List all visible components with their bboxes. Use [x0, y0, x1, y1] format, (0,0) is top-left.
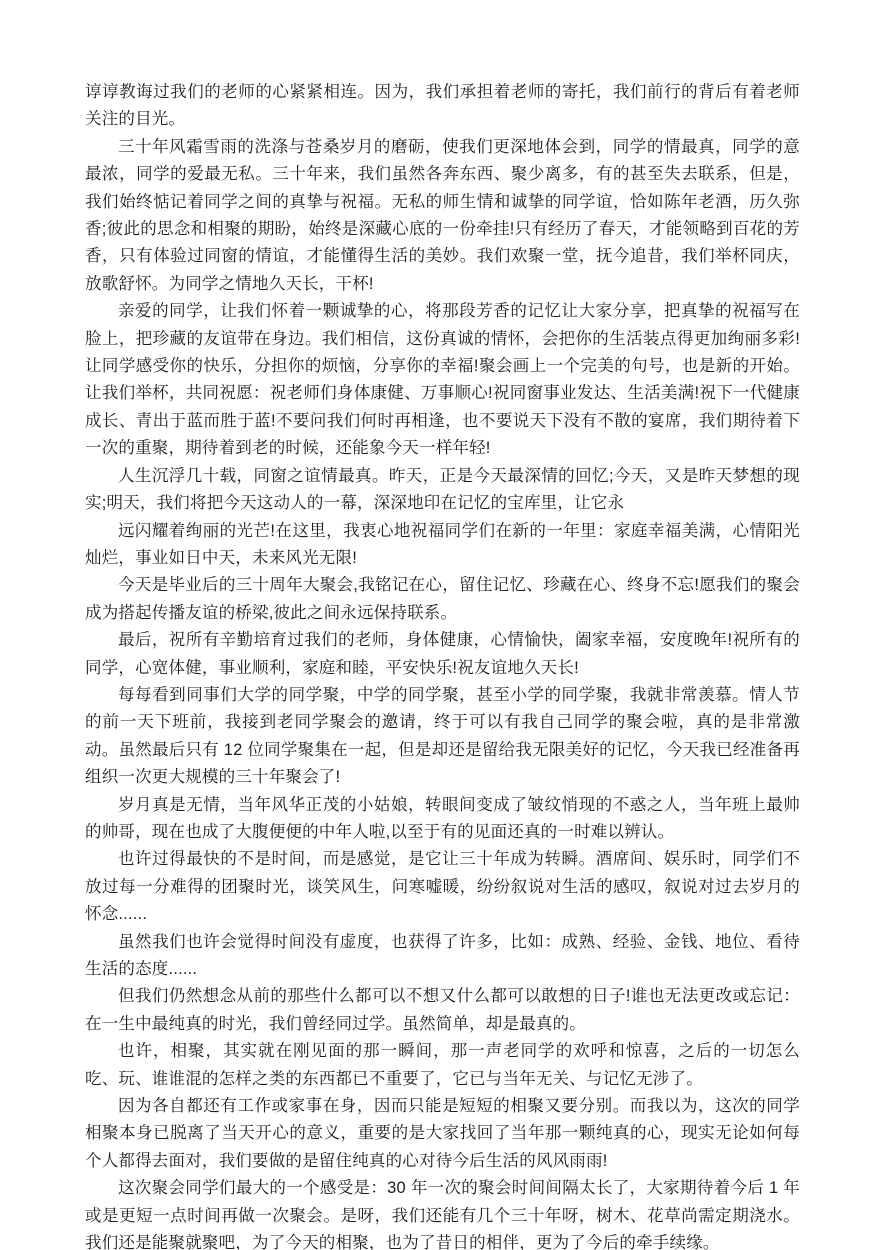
paragraph: 也许，相聚，其实就在刚见面的那一瞬间，那一声老同学的欢呼和惊喜，之后的一切怎么吃…	[85, 1038, 800, 1093]
paragraph: 最后，祝所有辛勤培育过我们的老师，身体健康，心情愉快，阖家幸福，安度晚年!祝所有…	[85, 627, 800, 682]
paragraph: 谆谆教诲过我们的老师的心紧紧相连。因为，我们承担着老师的寄托，我们前行的背后有着…	[85, 79, 800, 134]
paragraph: 三十年风霜雪雨的洗涤与苍桑岁月的磨砺，使我们更深地体会到，同学的情最真，同学的意…	[85, 134, 800, 298]
paragraph: 人生沉浮几十载，同窗之谊情最真。昨天，正是今天最深情的回忆;今天，又是昨天梦想的…	[85, 463, 800, 518]
paragraph: 也许过得最快的不是时间，而是感觉，是它让三十年成为转瞬。酒席间、娱乐时，同学们不…	[85, 846, 800, 928]
paragraph: 因为各自都还有工作或家事在身，因而只能是短短的相聚又要分别。而我以为，这次的同学…	[85, 1093, 800, 1175]
paragraph: 这次聚会同学们最大的一个感受是：30 年一次的聚会时间间隔太长了，大家期待着今后…	[85, 1175, 800, 1250]
paragraph: 岁月真是无情，当年风华正茂的小姑娘，转眼间变成了皱纹悄现的不惑之人，当年班上最帅…	[85, 792, 800, 847]
paragraph: 远闪耀着绚丽的光芒!在这里，我衷心地祝福同学们在新的一年里：家庭幸福美满，心情阳…	[85, 518, 800, 573]
paragraph: 每每看到同事们大学的同学聚，中学的同学聚，甚至小学的同学聚，我就非常羡慕。情人节…	[85, 682, 800, 792]
paragraph: 但我们仍然想念从前的那些什么都可以不想又什么都可以敢想的日子!谁也无法更改或忘记…	[85, 983, 800, 1038]
paragraph: 今天是毕业后的三十周年大聚会,我铭记在心，留住记忆、珍藏在心、终身不忘!愿我们的…	[85, 572, 800, 627]
document-body: 谆谆教诲过我们的老师的心紧紧相连。因为，我们承担着老师的寄托，我们前行的背后有着…	[85, 79, 800, 1250]
paragraph: 虽然我们也许会觉得时间没有虚度，也获得了许多，比如：成熟、经验、金钱、地位、看待…	[85, 929, 800, 984]
paragraph: 亲爱的同学，让我们怀着一颗诚挚的心，将那段芳香的记忆让大家分享，把真挚的祝福写在…	[85, 298, 800, 462]
document-page: 谆谆教诲过我们的老师的心紧紧相连。因为，我们承担着老师的寄托，我们前行的背后有着…	[0, 0, 884, 1250]
